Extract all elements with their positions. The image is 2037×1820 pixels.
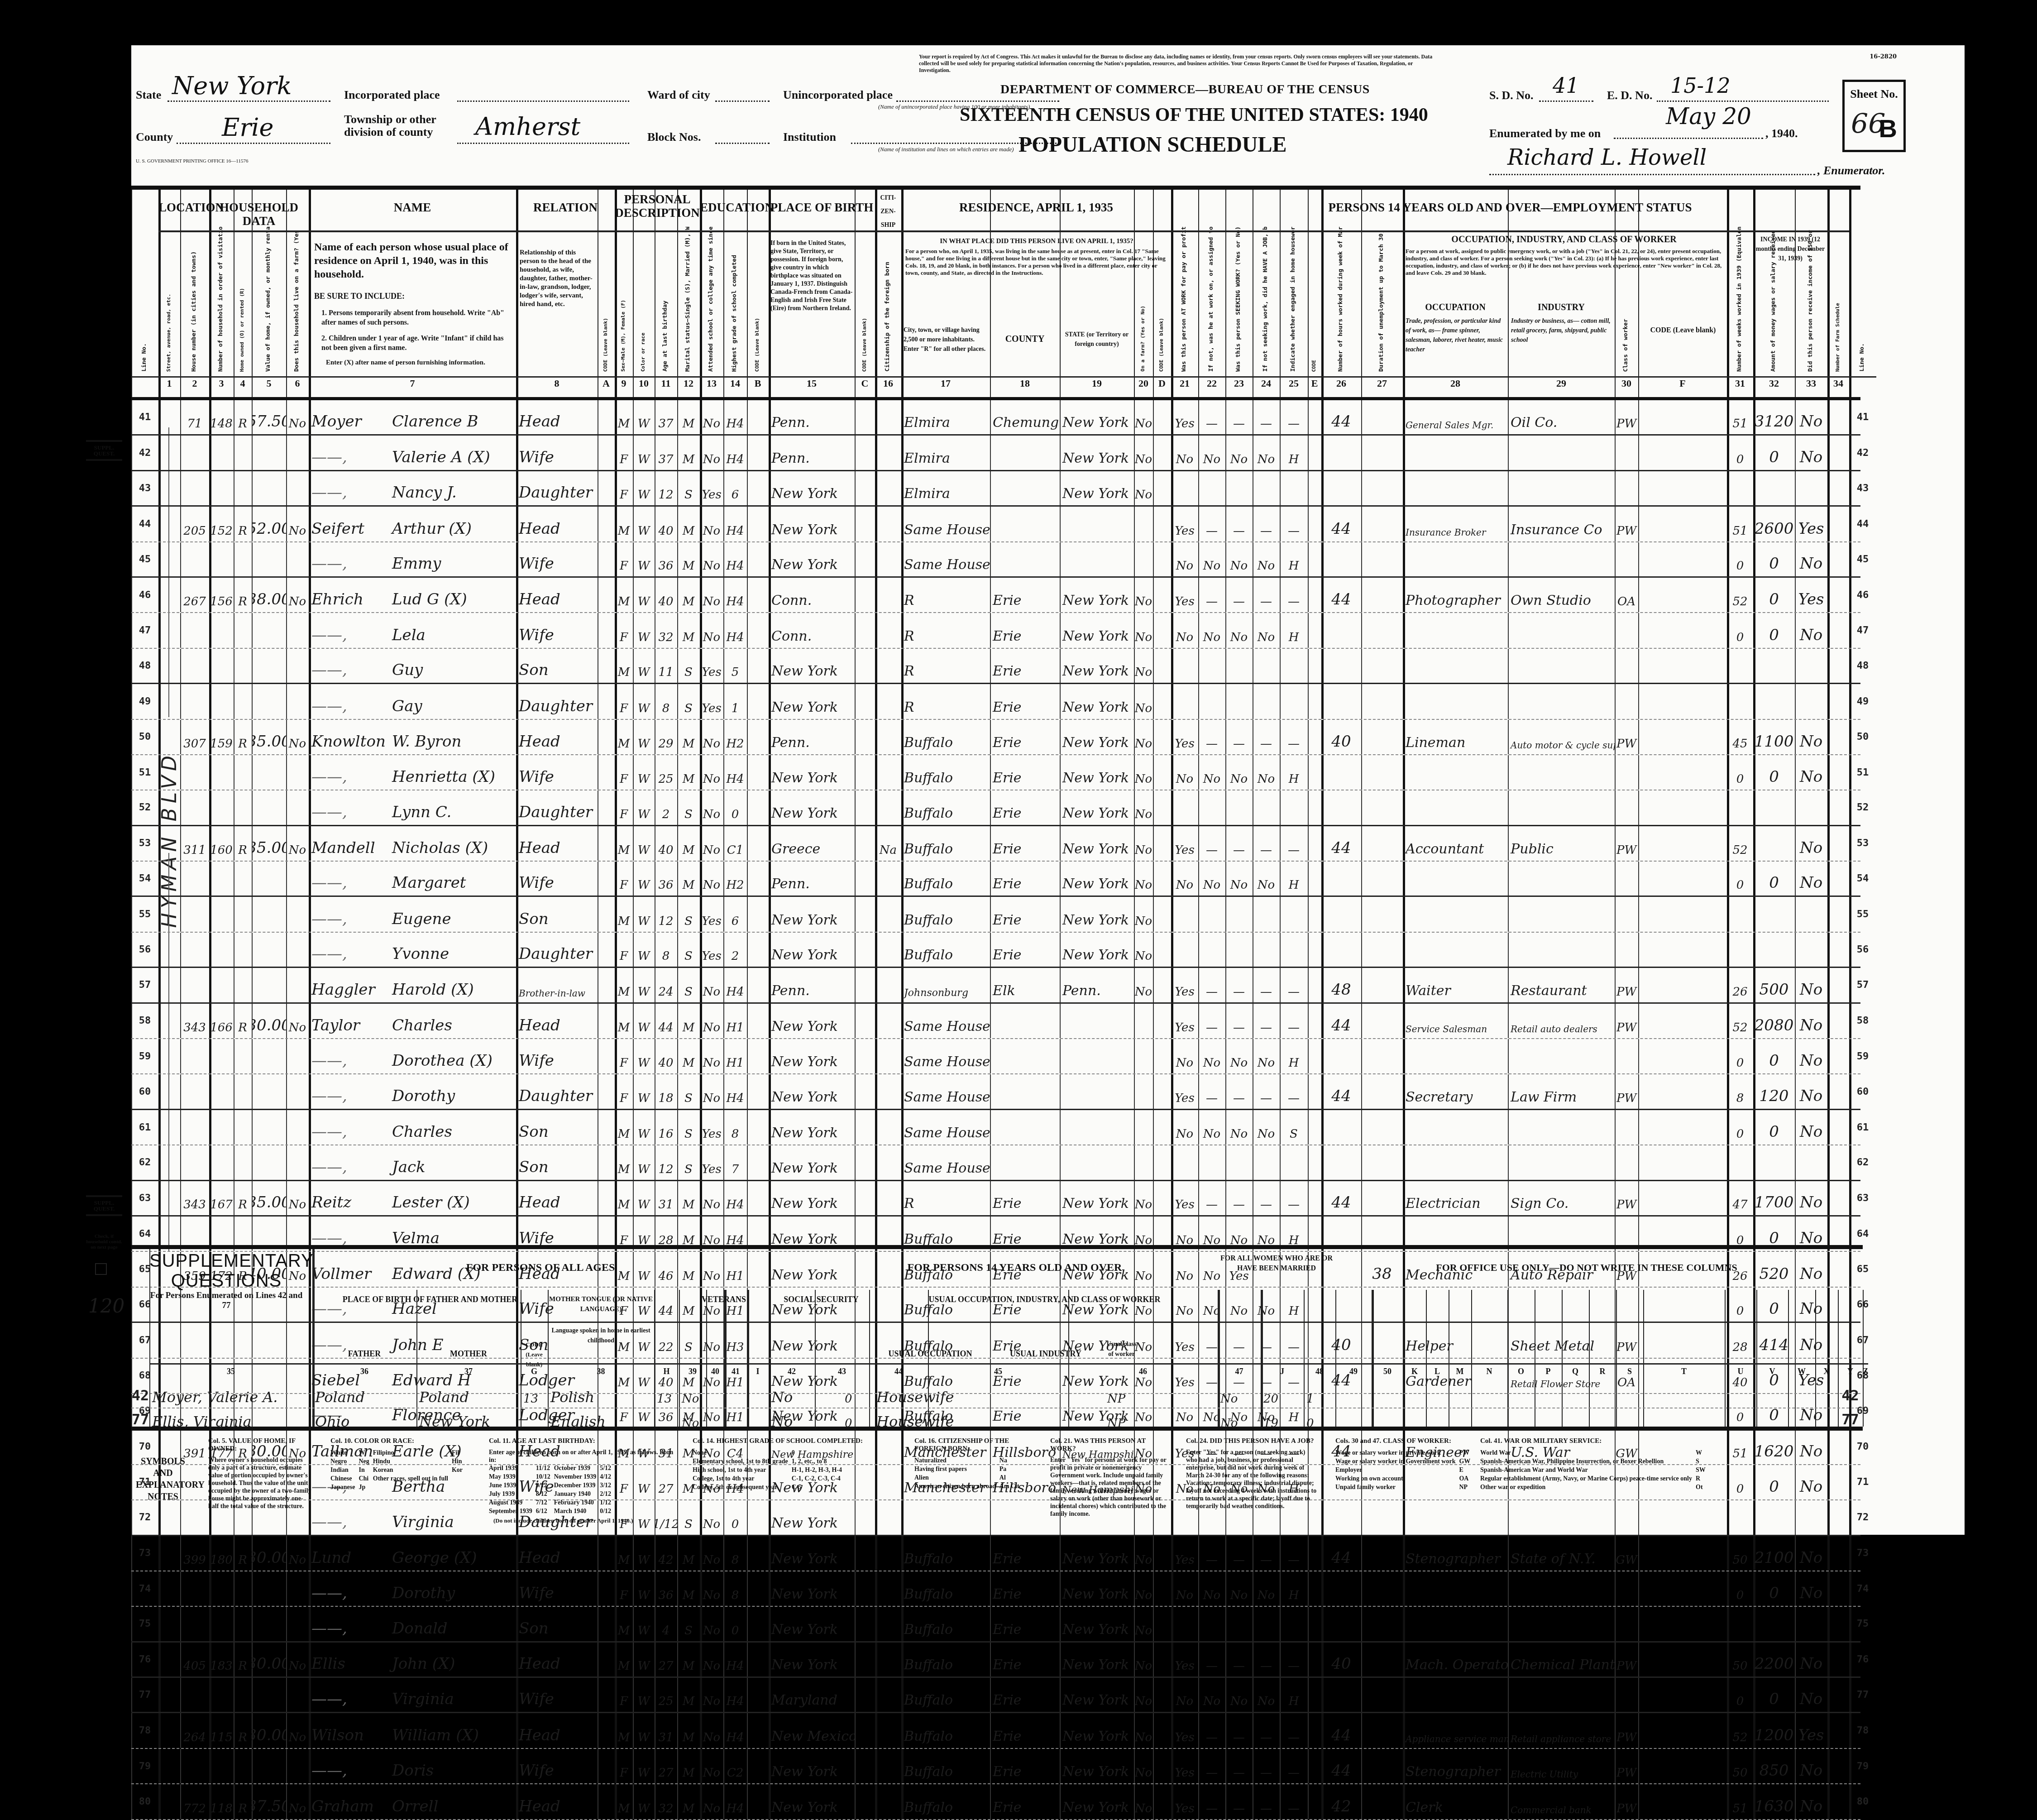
- cell-value: [252, 542, 286, 576]
- column-number: 4: [234, 376, 252, 394]
- cell-c25: H: [1280, 436, 1308, 469]
- cell-res-city: R: [901, 649, 990, 683]
- cell-res-state: New York: [1060, 471, 1134, 505]
- legend-heading: Col. 24. DID THIS PERSON HAVE A JOB?: [1186, 1437, 1317, 1445]
- cell-sex: M: [615, 1536, 633, 1571]
- column-label: CODE (Leave blank): [861, 318, 868, 372]
- cell-occ: [1403, 862, 1508, 896]
- ed-number: 15-12: [1670, 73, 1731, 98]
- cell-c33: [1795, 1145, 1827, 1179]
- column-label: Line No.: [1859, 343, 1866, 372]
- supp-column-number: I: [747, 1363, 769, 1376]
- cell-c27: [1361, 790, 1403, 824]
- legend-item: Spanish-American War and World War: [1480, 1466, 1696, 1475]
- supp-column-number: Y: [1838, 1363, 1863, 1376]
- cell-grade: H4: [723, 400, 747, 434]
- column-number: 25: [1280, 376, 1308, 394]
- table-row: 6262——,JackSonMW12SYes7New YorkSame Hous…: [131, 1145, 1860, 1181]
- surname: ——,: [311, 484, 388, 502]
- cell-value: [252, 436, 286, 469]
- line-number-right: 54: [1849, 862, 1876, 896]
- cell-c24: [1253, 649, 1280, 683]
- cell-c22: —: [1198, 1536, 1225, 1571]
- cell-house: [180, 790, 209, 824]
- cell-sex: F: [615, 471, 633, 505]
- cell-occ: [1403, 471, 1508, 505]
- column-label: Color or race: [640, 333, 647, 372]
- cell-res-county: Erie: [990, 826, 1060, 861]
- cell-rel: Head: [516, 1536, 598, 1571]
- cell-citizen: [875, 897, 901, 931]
- supp-heading: PLACE OF BIRTH OF FATHER AND MOTHER: [312, 1294, 548, 1304]
- column-divider: [633, 190, 634, 397]
- line-number: 56: [131, 933, 158, 967]
- cell-rel: Brother-in-law: [516, 968, 598, 1002]
- cell-mar: M: [677, 720, 700, 754]
- supp-heading: VETERANS: [679, 1294, 769, 1304]
- cell-grade: 6: [723, 471, 747, 505]
- cell-res-city: Buffalo: [901, 1536, 990, 1571]
- cell-c26: 44: [1321, 400, 1361, 434]
- line-number: 41: [131, 400, 158, 434]
- line-number-right: 62: [1849, 1145, 1876, 1179]
- cell-cls: PW: [1615, 1181, 1638, 1215]
- column-divider: [1795, 190, 1796, 397]
- surname: Knowlton: [311, 733, 388, 751]
- cell-sch: No: [700, 826, 723, 861]
- cell-hh: [209, 613, 234, 647]
- cell-c24: —: [1253, 1181, 1280, 1215]
- legend-item: Other races, spell out in full: [373, 1475, 452, 1483]
- cell-c32: 2080: [1753, 1004, 1795, 1038]
- cell-c24: No: [1253, 1110, 1280, 1145]
- supp-line-number-right: 42: [1838, 1385, 1863, 1408]
- legend-heading: Col. 41. WAR OR MILITARY SERVICE:: [1480, 1437, 1625, 1445]
- supp-cell-c44: 0: [842, 1385, 869, 1408]
- cell-res-state: New York: [1060, 578, 1134, 612]
- block-label: Block Nos.: [647, 130, 701, 144]
- cell-sch: No: [700, 1039, 723, 1073]
- given-name: Eugene: [392, 910, 451, 928]
- column-label: Attended school or college any time sinc…: [708, 227, 715, 372]
- column-label: CODE: [1310, 360, 1318, 372]
- supp-heading: USUAL OCCUPATION, INDUSTRY, AND CLASS OF…: [874, 1294, 1215, 1304]
- cell-house: [180, 542, 209, 576]
- line-number-right: 48: [1849, 649, 1876, 683]
- cell-sex: M: [615, 826, 633, 861]
- cell-res-farm: No: [1134, 720, 1153, 754]
- cell-house: 343: [180, 1181, 209, 1215]
- column-label: Age at last birthday: [662, 301, 669, 372]
- cell-c24: No: [1253, 1039, 1280, 1073]
- cell-own: [234, 790, 252, 824]
- supp-column-number: H: [654, 1363, 679, 1376]
- cell-rel: Wife: [516, 755, 598, 790]
- cell-c25: —: [1280, 507, 1308, 541]
- cell-c25: —: [1280, 400, 1308, 434]
- legend-item: Wage or salary worker in Government work: [1335, 1457, 1459, 1466]
- cell-ind: [1508, 436, 1615, 469]
- legend-code: S: [1696, 1457, 1709, 1466]
- cell-cls: GW: [1615, 1536, 1638, 1571]
- cell-c32: 0: [1753, 613, 1795, 647]
- cell-age: 40: [655, 826, 677, 861]
- cell-value: [252, 613, 286, 647]
- cell-value: 57.50: [252, 400, 286, 434]
- cell-ind: [1508, 862, 1615, 896]
- cell-grade: H4: [723, 507, 747, 541]
- line-number-right: 47: [1849, 613, 1876, 647]
- cell-sex: M: [615, 1110, 633, 1145]
- surname: ——,: [311, 448, 388, 466]
- cell-cls: PW: [1615, 720, 1638, 754]
- cell-ind: Oil Co.: [1508, 400, 1615, 434]
- cell-mar: M: [677, 400, 700, 434]
- cell-c25: —: [1280, 720, 1308, 754]
- cell-res-farm: No: [1134, 436, 1153, 469]
- column-number: 9: [615, 376, 633, 394]
- table-row: 4141MoyerClarence B71148R57.50NoHeadMW37…: [131, 400, 1860, 436]
- cell-house: 267: [180, 578, 209, 612]
- table-row: 4343——,Nancy J.DaughterFW12SYes6New York…: [131, 471, 1860, 507]
- line-number-right: 45: [1849, 542, 1876, 576]
- supp-cell-tongue: English: [548, 1408, 654, 1432]
- cell-own: [234, 1039, 252, 1073]
- cell-cls: [1615, 862, 1638, 896]
- cell-value: [252, 790, 286, 824]
- person-name: SeifertArthur (X): [309, 507, 516, 541]
- cell-c23: No: [1225, 862, 1253, 896]
- surname: ——,: [311, 768, 388, 786]
- supp-column-number: L: [1426, 1363, 1449, 1376]
- cell-ind: [1508, 790, 1615, 824]
- person-name: LundGeorge (X): [309, 1536, 516, 1571]
- cell-sch: Yes: [700, 649, 723, 683]
- supp-heading: MOTHER TONGUE (OR NATIVE LANGUAGE): [548, 1294, 654, 1314]
- supp-column-number: X: [1815, 1363, 1838, 1376]
- cell-c26: [1321, 790, 1361, 824]
- cell-c33: No: [1795, 1074, 1827, 1108]
- cell-sex: M: [615, 1004, 633, 1038]
- cell-c21: [1171, 649, 1198, 683]
- table-row: 5555——,EugeneSonMW12SYes6New YorkBuffalo…: [131, 897, 1860, 932]
- cell-res-state: New York: [1060, 862, 1134, 896]
- table-row: 4444SeifertArthur (X)205152R52.00NoHeadM…: [131, 507, 1860, 542]
- county-label: County: [136, 130, 173, 144]
- column-number: 14: [723, 376, 747, 394]
- cell-house: 399: [180, 1536, 209, 1571]
- cell-occ: [1403, 933, 1508, 967]
- legend-heading: Col. 5. VALUE OF HOME, IF OWNED:: [208, 1437, 312, 1453]
- confidentiality-notice: Your report is required by Act of Congre…: [919, 53, 1444, 74]
- cell-age: 2: [655, 790, 677, 824]
- cell-value: 35.00: [252, 1181, 286, 1215]
- cell-farm: No: [286, 720, 309, 754]
- cell-c22: No: [1198, 755, 1225, 790]
- schedule-title: POPULATION SCHEDULE: [1018, 132, 1287, 157]
- cell-house: 71: [180, 400, 209, 434]
- cell-sch: Yes: [700, 471, 723, 505]
- cell-value: 35.00: [252, 720, 286, 754]
- surname: ——,: [311, 803, 388, 821]
- cell-c31: 51: [1727, 400, 1753, 434]
- legend-item: Having first papers: [914, 1465, 999, 1474]
- column-number: 12: [677, 376, 700, 394]
- cell-c33: [1795, 933, 1827, 967]
- cell-c23: No: [1225, 613, 1253, 647]
- cell-c31: [1727, 684, 1753, 718]
- cell-own: R: [234, 400, 252, 434]
- table-row: 5454——,MargaretWifeFW36MNoH2Penn.Buffalo…: [131, 862, 1860, 897]
- cell-hh: 159: [209, 720, 234, 754]
- column-divider: [1727, 190, 1729, 397]
- cell-ind: State of N.Y.: [1508, 1536, 1615, 1571]
- cell-c27: [1361, 1004, 1403, 1038]
- supp-column-number: 39: [679, 1363, 706, 1376]
- cell-res-farm: No: [1134, 400, 1153, 434]
- cell-farm: [286, 897, 309, 931]
- household-continued-checkbox[interactable]: [95, 1263, 107, 1275]
- cell-cls: [1615, 1039, 1638, 1073]
- cell-c24: —: [1253, 826, 1280, 861]
- cell-cls: OA: [1615, 578, 1638, 612]
- cell-res-farm: No: [1134, 578, 1153, 612]
- cell-res-city: Buffalo: [901, 862, 990, 896]
- cell-c23: —: [1225, 400, 1253, 434]
- line-number: 48: [131, 649, 158, 683]
- supp-column-number: N: [1471, 1363, 1507, 1376]
- cell-c21: No: [1171, 542, 1198, 576]
- cell-res-city: Elmira: [901, 436, 990, 469]
- column-divider: [655, 190, 655, 397]
- cell-c27: [1361, 507, 1403, 541]
- legend-code: Am Cit: [999, 1482, 1023, 1491]
- cell-hh: 148: [209, 400, 234, 434]
- column-number: 7: [309, 376, 516, 394]
- supp-column-number: 49: [1335, 1363, 1372, 1376]
- cell-c26: [1321, 897, 1361, 931]
- person-name: ——,Gay: [309, 684, 516, 718]
- supp-column-number: R: [1589, 1363, 1616, 1376]
- cell-res-city: Same House: [901, 1110, 990, 1145]
- legend-code: R: [1696, 1475, 1709, 1483]
- cell-farm: [286, 1110, 309, 1145]
- cell-birth: New York: [769, 1181, 855, 1215]
- column-number: 24: [1253, 376, 1280, 394]
- supp-line-number-right: 77: [1838, 1408, 1863, 1432]
- cell-grade: 8: [723, 1110, 747, 1145]
- legend-code: In: [359, 1466, 373, 1475]
- table-row: 5151——,Henrietta (X)WifeFW25MNoH4New Yor…: [131, 755, 1860, 790]
- column-number: 6: [286, 376, 309, 394]
- cell-house: 205: [180, 507, 209, 541]
- legend-item: August 1939: [489, 1499, 536, 1507]
- column-number: 18: [990, 376, 1060, 394]
- sd-number: 41: [1553, 73, 1579, 98]
- cell-house: [180, 968, 209, 1002]
- column-number: F: [1638, 376, 1727, 394]
- township-value: Amherst: [475, 112, 580, 141]
- cell-c33: No: [1795, 542, 1827, 576]
- cell-res-state: New York: [1060, 933, 1134, 967]
- cell-c33: No: [1795, 436, 1827, 469]
- cell-hh: 160: [209, 826, 234, 861]
- supp-cell-code-h: 13: [654, 1385, 679, 1408]
- cell-c31: 0: [1727, 542, 1753, 576]
- column-instructions: Name of each person whose usual place of…: [314, 240, 509, 281]
- cell-res-county: [990, 1074, 1060, 1108]
- legend-note: (Do not include children born on or afte…: [493, 1517, 633, 1524]
- cell-citizen: [875, 755, 901, 790]
- cell-race: W: [633, 436, 655, 469]
- supp-cell-father: Ohio: [312, 1408, 416, 1432]
- column-label: Number of Farm Schedule: [1834, 303, 1841, 372]
- legend-code: 9/12: [536, 1481, 554, 1490]
- column-divider: [1225, 190, 1226, 397]
- person-name: ——,Eugene: [309, 897, 516, 931]
- supp-column-number: 48: [1304, 1363, 1335, 1376]
- legend-code: 8/12: [536, 1490, 554, 1499]
- column-number: 30: [1615, 376, 1638, 394]
- cell-sex: F: [615, 542, 633, 576]
- cell-hh: [209, 1039, 234, 1073]
- legend-code: SW: [1696, 1466, 1709, 1475]
- legend-code: 0/12: [600, 1507, 615, 1516]
- supp-cell-ss: No: [769, 1408, 815, 1432]
- cell-cls: PW: [1615, 507, 1638, 541]
- surname: ——,: [311, 626, 388, 644]
- legend-code: Kor: [452, 1466, 466, 1475]
- cell-race: W: [633, 471, 655, 505]
- cell-birth: Penn.: [769, 400, 855, 434]
- cell-race: W: [633, 1181, 655, 1215]
- cell-res-state: [1060, 1145, 1134, 1179]
- cell-own: [234, 471, 252, 505]
- cell-c31: 0: [1727, 755, 1753, 790]
- cell-c32: 0: [1753, 436, 1795, 469]
- cell-race: W: [633, 507, 655, 541]
- cell-res-city: Buffalo: [901, 720, 990, 754]
- cell-sex: M: [615, 897, 633, 931]
- surname: ——,: [311, 874, 388, 892]
- column-label: Duration of unemployment up to March 30,…: [1378, 227, 1385, 372]
- cell-occ: Insurance Broker: [1403, 507, 1508, 541]
- supp-cell-children: 0: [1304, 1408, 1335, 1432]
- person-name: ——,Henrietta (X): [309, 755, 516, 790]
- cell-sch: No: [700, 720, 723, 754]
- cell-sex: M: [615, 720, 633, 754]
- cell-c32: 1700: [1753, 1181, 1795, 1215]
- column-label: If not seeking work, did he HAVE A JOB, …: [1262, 227, 1269, 372]
- cell-birth: New York: [769, 1536, 855, 1571]
- cell-age: 24: [655, 968, 677, 1002]
- line-number-right: 73: [1849, 1536, 1876, 1571]
- cell-res-city: Same House: [901, 1074, 990, 1108]
- table-row: 5353MandellNicholas (X)311160R35.00NoHea…: [131, 826, 1860, 862]
- cell-birth: New York: [769, 471, 855, 505]
- column-divider: [1615, 190, 1616, 397]
- cell-ind: Auto motor & cycle supply: [1508, 720, 1615, 754]
- cell-sex: F: [615, 790, 633, 824]
- cell-birth: New York: [769, 755, 855, 790]
- cell-res-county: [990, 542, 1060, 576]
- cell-res-state: [1060, 1039, 1134, 1073]
- sheet-number-box: Sheet No. 66 B: [1842, 80, 1906, 152]
- cell-c22: No: [1198, 1039, 1225, 1073]
- cell-c27: [1361, 933, 1403, 967]
- given-name: Margaret: [392, 874, 466, 892]
- cell-mar: M: [677, 613, 700, 647]
- column-instructions: INDUSTRY: [1509, 303, 1613, 312]
- cell-hh: [209, 649, 234, 683]
- legend-item: Spanish-American War, Philippine Insurre…: [1480, 1457, 1696, 1466]
- line-number-right: 55: [1849, 897, 1876, 931]
- cell-race: W: [633, 897, 655, 931]
- cell-c32: [1753, 649, 1795, 683]
- cell-own: [234, 649, 252, 683]
- column-divider: [747, 190, 748, 397]
- cell-c23: [1225, 649, 1253, 683]
- cell-c21: [1171, 790, 1198, 824]
- cell-value: [252, 1110, 286, 1145]
- legend-code: H-1, H-2, H-3, H-4: [792, 1466, 846, 1475]
- column-label: If not, was he at work on, or assigned t…: [1208, 227, 1215, 372]
- cell-grade: 6: [723, 897, 747, 931]
- cell-value: [252, 684, 286, 718]
- cell-c25: [1280, 649, 1308, 683]
- supp-heading: USUAL OCCUPATION: [874, 1349, 987, 1359]
- surname: Lund: [311, 1549, 388, 1567]
- column-divider: [1171, 190, 1173, 397]
- cell-res-county: [990, 1110, 1060, 1145]
- cell-c32: 0: [1753, 542, 1795, 576]
- cell-c22: No: [1198, 436, 1225, 469]
- legend-heading: Col. 10. COLOR OR RACE:: [330, 1437, 475, 1445]
- cell-c23: [1225, 790, 1253, 824]
- legend-code: 4/12: [600, 1473, 615, 1481]
- cell-c31: 47: [1727, 1181, 1753, 1215]
- supp-heading: Usual class of worker: [1105, 1340, 1138, 1360]
- surname: ——,: [311, 1052, 388, 1070]
- cell-hh: [209, 1110, 234, 1145]
- cell-c31: 0: [1727, 436, 1753, 469]
- cell-c24: —: [1253, 1004, 1280, 1038]
- column-group-residence: RESIDENCE, APRIL 1, 1935: [901, 201, 1171, 214]
- column-number: 23: [1225, 376, 1253, 394]
- legend-item: June 1939: [489, 1481, 536, 1490]
- cell-c21: No: [1171, 436, 1198, 469]
- cell-c23: —: [1225, 720, 1253, 754]
- cell-c24: No: [1253, 755, 1280, 790]
- cell-race: W: [633, 1004, 655, 1038]
- column-instructions: Relationship of this person to the head …: [520, 249, 597, 309]
- cell-race: W: [633, 862, 655, 896]
- cell-age: 25: [655, 755, 677, 790]
- cell-ind: [1508, 542, 1615, 576]
- table-row: 4848——,GuySonMW11SYes5New YorkRErieNew Y…: [131, 649, 1860, 684]
- legend-item: October 1939: [554, 1464, 600, 1473]
- cell-citizen: [875, 790, 901, 824]
- cell-res-city: R: [901, 613, 990, 647]
- cell-c23: No: [1225, 755, 1253, 790]
- cell-mar: S: [677, 471, 700, 505]
- column-divider: [855, 190, 856, 397]
- column-label: Sex—Male (M), Female (F): [620, 300, 627, 372]
- supp-column-number: W: [1788, 1363, 1815, 1376]
- cell-rel: Daughter: [516, 684, 598, 718]
- column-instructions: COUNTY: [991, 335, 1058, 344]
- cell-c23: —: [1225, 578, 1253, 612]
